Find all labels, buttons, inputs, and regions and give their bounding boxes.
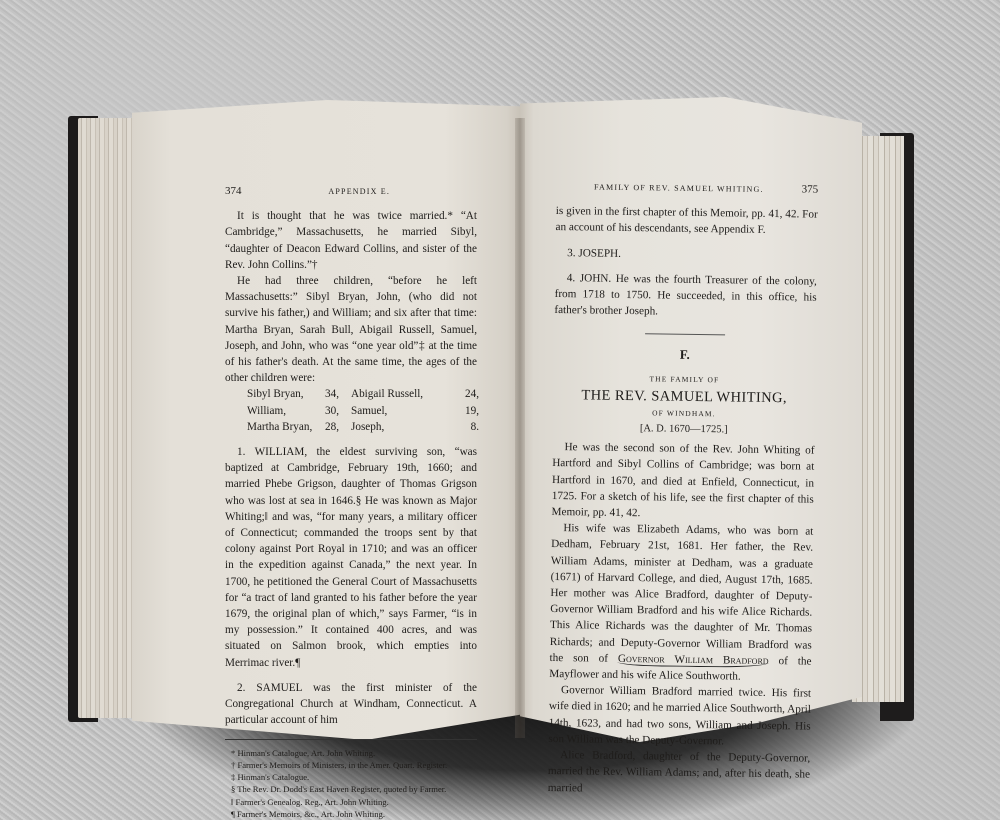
- child-age: 8.: [451, 419, 491, 435]
- paragraph: He had three children, “before he left M…: [225, 273, 477, 386]
- page-number: 375: [802, 181, 819, 197]
- footnote-rule: [225, 739, 477, 740]
- footnote: † Farmer's Memoirs of Ministers, in the …: [225, 759, 477, 771]
- book-gutter: [515, 118, 525, 738]
- running-title: APPENDIX E.: [242, 184, 478, 200]
- entry-joseph: 3. JOSEPH.: [555, 245, 817, 265]
- underlined-name: Governor William Bradford: [618, 653, 769, 668]
- child-name: Martha Bryan,: [247, 419, 321, 435]
- child-name: Sibyl Bryan,: [247, 386, 321, 402]
- entry-samuel: 2. SAMUEL was the first minister of the …: [225, 680, 477, 729]
- child-age: 28,: [321, 419, 351, 435]
- footnote: ‡ Hinman's Catalogue.: [225, 771, 477, 783]
- child-age: 24,: [451, 386, 491, 402]
- section-letter: F.: [554, 345, 816, 365]
- footnote: ¶ Farmer's Memoirs, &c., Art. John Whiti…: [225, 808, 477, 820]
- entry-john: 4. JOHN. He was the fourth Treasurer of …: [554, 270, 817, 322]
- footnote: * Hinman's Catalogue, Art. John Whiting.: [225, 747, 477, 759]
- paragraph: His wife was Elizabeth Adams, who was bo…: [549, 522, 813, 664]
- footnote: § The Rev. Dr. Dodd's East Haven Registe…: [225, 783, 477, 795]
- child-name: William,: [247, 403, 321, 419]
- continuation: is given in the first chapter of this Me…: [555, 203, 817, 239]
- child-name: Samuel,: [351, 403, 451, 419]
- page-edges-left: [78, 118, 140, 718]
- child-age: 34,: [321, 386, 351, 402]
- section-title: THE REV. SAMUEL WHITING,: [553, 386, 815, 408]
- paragraph: He was the second son of the Rev. John W…: [551, 439, 814, 524]
- section-dates: [A. D. 1670—1725.]: [553, 420, 815, 440]
- page-number: 374: [225, 183, 242, 199]
- running-title: FAMILY OF REV. SAMUEL WHITING.: [556, 179, 802, 199]
- paragraph: Governor William Bradford married twice.…: [548, 682, 811, 750]
- right-page-text: FAMILY OF REV. SAMUEL WHITING. 375 is gi…: [548, 196, 818, 799]
- paragraph: It is thought that he was twice married.…: [225, 208, 477, 273]
- child-name: Joseph,: [351, 419, 451, 435]
- footnote: ‖ Farmer's Genealog. Reg., Art. John Whi…: [225, 796, 477, 808]
- left-page-text: 374 APPENDIX E. It is thought that he wa…: [225, 183, 477, 820]
- section-rule: [645, 334, 725, 336]
- right-running-head: FAMILY OF REV. SAMUEL WHITING. 375: [556, 178, 818, 199]
- footnotes: * Hinman's Catalogue, Art. John Whiting.…: [225, 747, 477, 820]
- child-age: 19,: [451, 403, 491, 419]
- left-running-head: 374 APPENDIX E.: [225, 183, 477, 200]
- entry-william: 1. WILLIAM, the eldest surviving son, “w…: [225, 444, 477, 671]
- child-age: 30,: [321, 403, 351, 419]
- ages-table: Sibyl Bryan, 34, Abigail Russell, 24, Wi…: [247, 386, 477, 435]
- child-name: Abigail Russell,: [351, 386, 451, 402]
- paragraph: Alice Bradford, daughter of the Deputy-G…: [548, 747, 811, 799]
